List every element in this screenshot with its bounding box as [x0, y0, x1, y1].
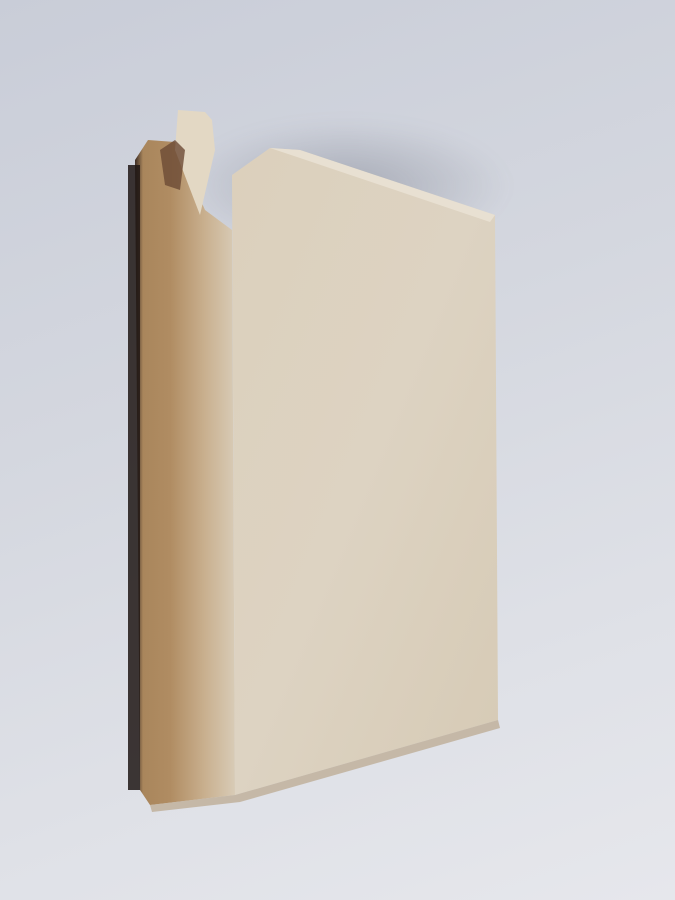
book-illustration: [0, 0, 675, 900]
book-photo: [0, 0, 675, 900]
front-cover: [232, 148, 498, 795]
spine: [135, 140, 235, 805]
